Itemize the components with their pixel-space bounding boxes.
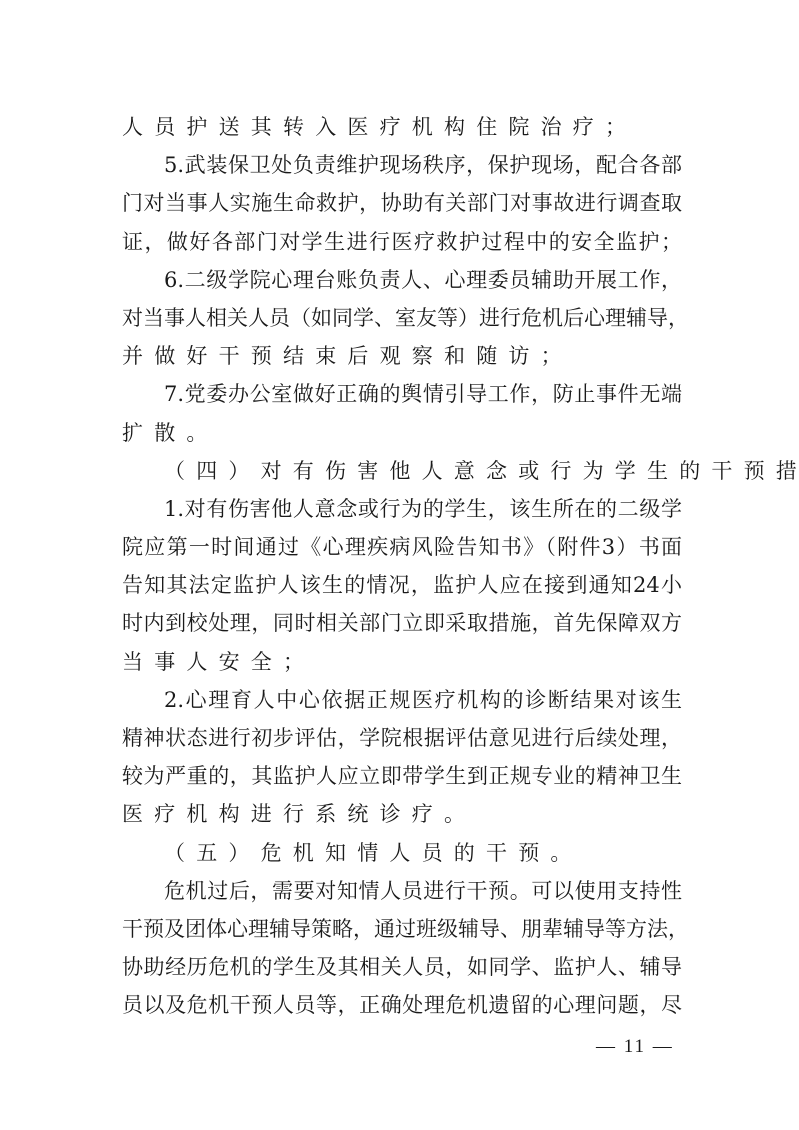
text-line: 精神状态进行初步评估，学院根据评估意见进行后续处理，: [122, 719, 682, 757]
text-line: 当事人安全；: [122, 643, 682, 681]
text-line: 干预及团体心理辅导策略，通过班级辅导、朋辈辅导等方法，: [122, 910, 682, 948]
text-line: 医疗机构进行系统诊疗。: [122, 795, 682, 833]
text-line: 较为严重的，其监护人应立即带学生到正规专业的精神卫生: [122, 757, 682, 795]
section-heading: （五）危机知情人员的干预。: [122, 834, 682, 872]
text-line: 告知其法定监护人该生的情况，监护人应在接到通知24小: [122, 566, 682, 604]
section-heading: （四）对有伤害他人意念或行为学生的干预措施。: [122, 452, 682, 490]
text-line: 扩散。: [122, 414, 682, 452]
text-line: 6.二级学院心理台账负责人、心理委员辅助开展工作，: [122, 261, 682, 299]
text-line: 2.心理育人中心依据正规医疗机构的诊断结果对该生: [122, 681, 682, 719]
text-line: 证，做好各部门对学生进行医疗救护过程中的安全监护；: [122, 223, 682, 261]
text-line: 协助经历危机的学生及其相关人员，如同学、监护人、辅导: [122, 948, 682, 986]
page-number: — 11 —: [596, 1036, 674, 1058]
text-line: 1.对有伤害他人意念或行为的学生，该生所在的二级学: [122, 490, 682, 528]
text-line: 危机过后，需要对知情人员进行干预。可以使用支持性: [122, 872, 682, 910]
text-line: 院应第一时间通过《心理疾病风险告知书》（附件3）书面: [122, 528, 682, 566]
text-line: 对当事人相关人员（如同学、室友等）进行危机后心理辅导，: [122, 299, 682, 337]
text-line: 时内到校处理，同时相关部门立即采取措施，首先保障双方: [122, 604, 682, 642]
text-line: 门对当事人实施生命救护，协助有关部门对事故进行调查取: [122, 184, 682, 222]
document-body: 人员护送其转入医疗机构住院治疗； 5.武装保卫处负责维护现场秩序，保护现场，配合…: [122, 108, 682, 1025]
text-line: 7.党委办公室做好正确的舆情引导工作，防止事件无端: [122, 375, 682, 413]
text-line: 并做好干预结束后观察和随访；: [122, 337, 682, 375]
text-line: 员以及危机干预人员等，正确处理危机遗留的心理问题，尽: [122, 986, 682, 1024]
text-line: 5.武装保卫处负责维护现场秩序，保护现场，配合各部: [122, 146, 682, 184]
text-line: 人员护送其转入医疗机构住院治疗；: [122, 108, 682, 146]
